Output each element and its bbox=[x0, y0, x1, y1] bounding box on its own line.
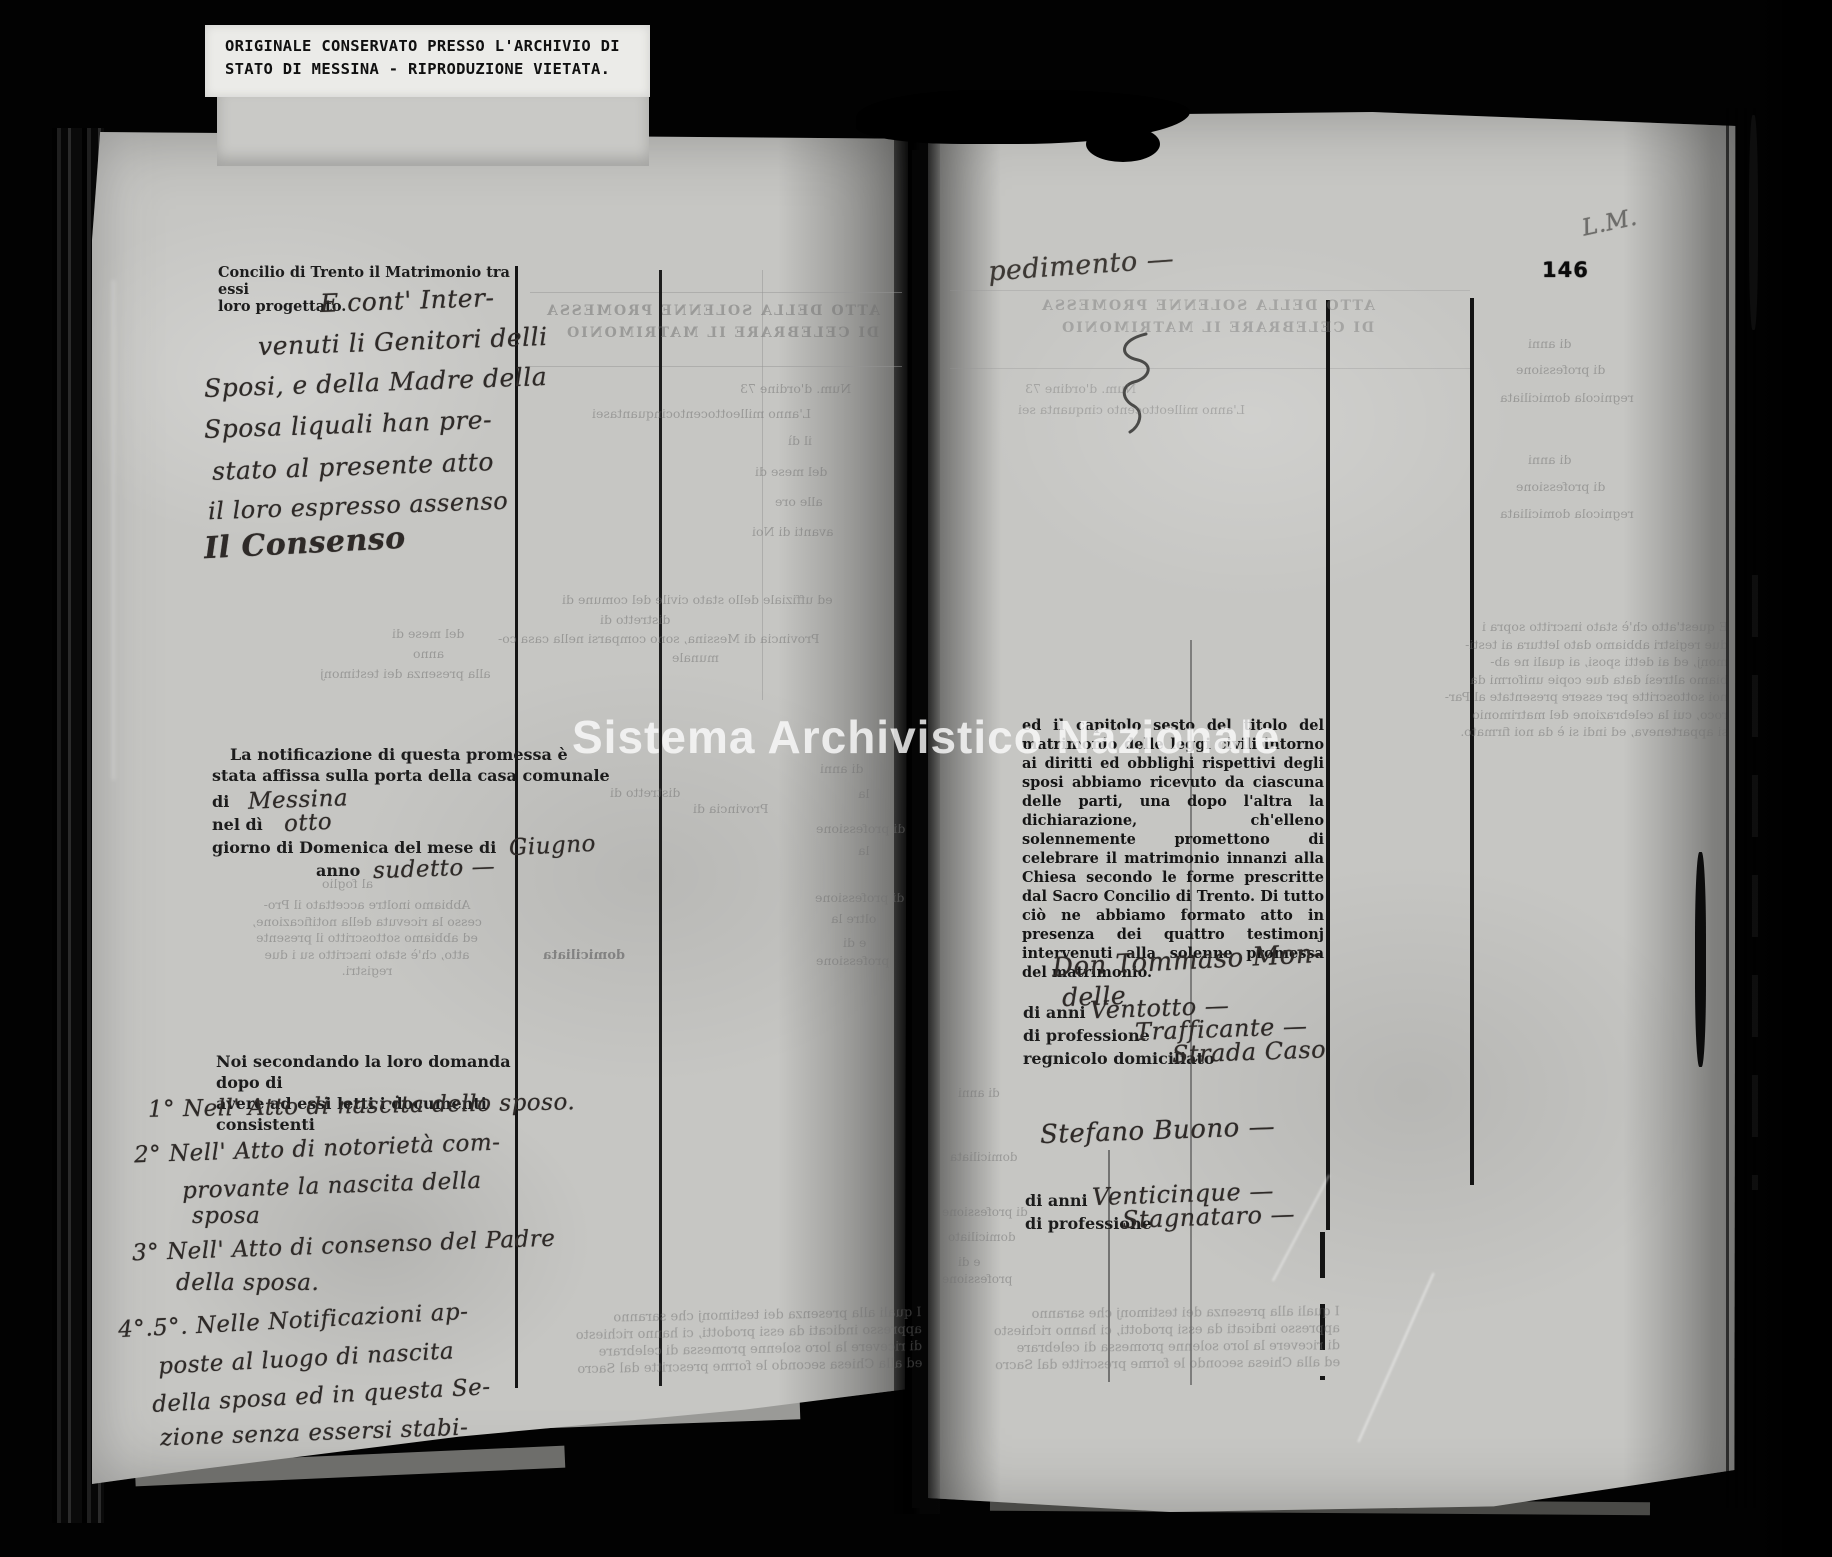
groom-age-label: di anni bbox=[1023, 1003, 1086, 1022]
dashed-edge-line bbox=[1752, 575, 1758, 1190]
notification-label-mese: giorno di Domenica del mese di bbox=[212, 838, 496, 857]
bleed-header: DI CELEBRARE IL MATRIMONIO bbox=[1060, 320, 1374, 336]
archival-scan-canvas: ORIGINALE CONSERVATO PRESSO L'ARCHIVIO D… bbox=[0, 0, 1832, 1557]
document-item: sposa bbox=[192, 1203, 260, 1229]
archive-stamp-box: ORIGINALE CONSERVATO PRESSO L'ARCHIVIO D… bbox=[205, 25, 650, 97]
bleed-label: ed uffiziale dello stato civile del comu… bbox=[562, 592, 833, 607]
book-right-edge bbox=[1756, 0, 1832, 1557]
watermark: Sistema Archivistico Nazionale bbox=[572, 710, 1280, 764]
bleed-label: avanti di Noi bbox=[752, 524, 833, 539]
bleed-paragraph: I quali alla presenza dei testimonj che … bbox=[476, 1304, 922, 1380]
bleed-label: del mese di bbox=[392, 626, 464, 641]
notification-line1: La notificazione di questa promessa è bbox=[230, 745, 568, 764]
ink-streak bbox=[1749, 115, 1758, 330]
archive-slip-lower bbox=[217, 96, 649, 166]
archive-stamp-line1: ORIGINALE CONSERVATO PRESSO L'ARCHIVIO D… bbox=[225, 35, 650, 58]
consent-hand-line: E cont' Inter- bbox=[320, 283, 495, 318]
notification-line6: anno sudetto — bbox=[316, 856, 496, 882]
bleed-label: L'anno milleottocento cinquanta sei bbox=[1018, 402, 1245, 417]
table-rule-vertical bbox=[659, 270, 662, 1386]
bleed-label: di professione bbox=[815, 890, 904, 905]
bleed-label: del mese di bbox=[755, 464, 827, 479]
bleed-label: di anni bbox=[958, 1086, 1000, 1100]
page-number-stamp: 146 bbox=[1542, 258, 1589, 282]
bleed-paragraph: Abbiamo inoltre accettato il Pro- cesso … bbox=[242, 897, 492, 980]
bleed-label: domiciliata bbox=[950, 1150, 1018, 1164]
groom-domicile-value: Strada Caso bbox=[1172, 1035, 1327, 1068]
notification-value-mese: Giugno bbox=[509, 831, 597, 862]
bleed-label: domiciliata bbox=[543, 948, 625, 963]
scan-dark-blob bbox=[1086, 126, 1160, 162]
document-item: della sposa. bbox=[176, 1270, 319, 1296]
witness-age-label: di anni bbox=[1025, 1191, 1088, 1210]
bleed-label: anno bbox=[413, 646, 444, 661]
notification-label-di: di bbox=[212, 792, 229, 811]
bleed-label: L'anno milleottocentocinquantasei bbox=[592, 406, 811, 421]
bleed-header: ATTO DELLA SOLENNE PROMESSA bbox=[1040, 298, 1375, 314]
bleed-label: professione bbox=[942, 1272, 1012, 1286]
bleed-label: oltre la bbox=[831, 911, 876, 926]
bleed-label: alle ore bbox=[775, 494, 823, 509]
bleed-label: domiciliato bbox=[948, 1230, 1016, 1244]
table-rule-vertical bbox=[1470, 298, 1474, 1185]
bleed-paragraph: E quest'atto ch'è stato inscritto sopra … bbox=[1348, 618, 1728, 741]
bleed-label: alla presenza dei testimonj bbox=[320, 666, 491, 681]
notification-value-anno: sudetto — bbox=[373, 854, 496, 884]
bleed-header: ATTO DELLA SOLENNE PROMESSA bbox=[545, 303, 880, 319]
bleed-label: di professione bbox=[816, 821, 905, 836]
bleed-label: Provincia di bbox=[693, 801, 768, 816]
bleed-label: distretto di bbox=[610, 785, 680, 800]
bleed-label: distretto di bbox=[600, 612, 670, 627]
bleed-paragraph: I quali alla presenza dei testimonj che … bbox=[940, 1303, 1341, 1374]
groom-profession-label: di professione bbox=[1023, 1026, 1150, 1045]
bleed-header: DI CELEBRARE IL MATRIMONIO bbox=[565, 325, 879, 341]
bleed-label: Num. d'ordine 73 bbox=[1025, 381, 1136, 396]
bleed-label: di professione bbox=[1516, 362, 1605, 377]
bleed-label: regnicola domiciliata bbox=[1500, 390, 1634, 405]
notification-line2: stata affissa sulla porta della casa com… bbox=[212, 766, 610, 785]
bleed-label: e di bbox=[958, 1255, 980, 1269]
table-rule-faint bbox=[530, 292, 902, 293]
bleed-label: la bbox=[858, 843, 869, 858]
ink-streak bbox=[1695, 852, 1706, 1067]
table-rule-faint bbox=[950, 290, 1470, 291]
bleed-label: di professione bbox=[942, 1205, 1028, 1219]
table-rule-vertical bbox=[515, 266, 518, 1388]
bleed-label: Provincia di Messina, sono comparsi nell… bbox=[498, 631, 820, 646]
table-rule-faint bbox=[530, 366, 902, 367]
table-rule-vertical bbox=[1326, 300, 1330, 1230]
archive-stamp-line2: STATO DI MESSINA - RIPRODUZIONE VIETATA. bbox=[225, 58, 650, 81]
crease-highlight bbox=[112, 280, 115, 780]
bleed-label: la bbox=[858, 786, 869, 801]
bleed-label: Num. d'ordine 73 bbox=[740, 381, 851, 396]
bleed-label: regnicola domiciliata bbox=[1500, 506, 1634, 521]
table-rule-faint bbox=[950, 368, 1470, 369]
bleed-label: il dì bbox=[788, 433, 812, 448]
bleed-label: di anni bbox=[1528, 336, 1572, 351]
notification-label-nel-di: nel dì bbox=[212, 815, 263, 834]
archive-stamp-text: ORIGINALE CONSERVATO PRESSO L'ARCHIVIO D… bbox=[205, 25, 650, 81]
bleed-label: munale bbox=[672, 650, 719, 665]
bleed-label: di professione bbox=[1516, 479, 1605, 494]
bleed-label: di anni bbox=[1528, 452, 1572, 467]
bleed-label: e di bbox=[843, 935, 866, 950]
bleed-label: professione bbox=[816, 953, 889, 968]
notification-label-anno: anno bbox=[316, 861, 360, 880]
